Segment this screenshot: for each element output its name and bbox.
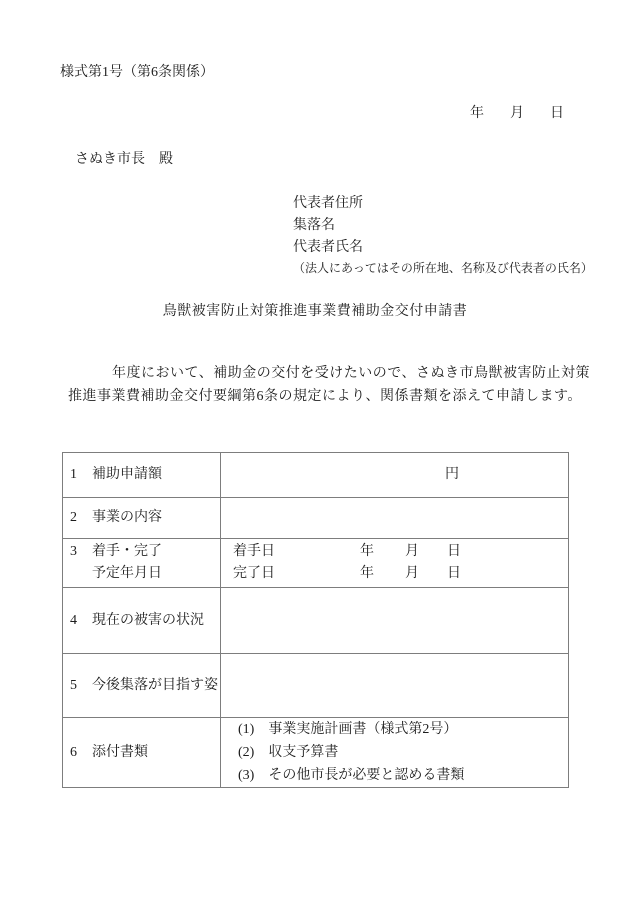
finish-date-row: 完了日年月日 — [233, 563, 568, 585]
addressee-mayor: さぬき市長 殿 — [75, 153, 173, 167]
yen-unit-label: 円 — [445, 467, 459, 482]
day-label: 日 — [447, 566, 461, 581]
representative-block: 代表者住所 集落名 代表者氏名 （法人にあってはその所在地、名称及び代表者の氏名… — [293, 197, 593, 274]
project-content-label-cell: 2事業の内容 — [63, 498, 221, 539]
row-number: 2 — [70, 511, 92, 525]
row-number: 4 — [70, 614, 92, 628]
schedule-label-line-2: 予定年月日 — [70, 563, 220, 585]
day-label: 日 — [550, 107, 564, 121]
future-vision-label: 今後集落が目指す姿 — [92, 678, 218, 693]
corporate-note: （法人にあってはその所在地、名称及び代表者の氏名） — [293, 262, 593, 274]
current-damage-label-cell: 4現在の被害の状況 — [63, 588, 221, 654]
row-number: 5 — [70, 679, 92, 693]
table-row-schedule: 3着手・完了 予定年月日 着手日年月日 完了日年月日 — [63, 539, 569, 588]
subsidy-amount-label: 補助申請額 — [92, 467, 162, 482]
month-label: 月 — [510, 107, 524, 121]
attachments-value-cell: (1) 事業実施計画書（様式第2号） (2) 収支予算書 (3) その他市長が必… — [221, 718, 569, 788]
attachment-item-1: (1) 事業実施計画書（様式第2号） — [238, 718, 568, 741]
future-vision-label-cell: 5今後集落が目指す姿 — [63, 654, 221, 718]
table-row-current-damage: 4現在の被害の状況 — [63, 588, 569, 654]
date-line: 年 月 日 — [470, 107, 564, 121]
year-label: 年 — [360, 544, 374, 559]
subsidy-amount-value-cell: 円 — [221, 453, 569, 498]
table-row-project-content: 2事業の内容 — [63, 498, 569, 539]
finish-date-label: 完了日 — [233, 563, 275, 585]
year-label: 年 — [470, 107, 484, 121]
row-number: 1 — [70, 468, 92, 482]
body-paragraph-line-1: 年度において、補助金の交付を受けたいので、さぬき市鳥獣被害防止対策 — [112, 367, 590, 381]
attachment-item-2: (2) 収支予算書 — [238, 741, 568, 764]
schedule-label-cell: 3着手・完了 予定年月日 — [63, 539, 221, 588]
body-paragraph-line-2: 推進事業費補助金交付要綱第6条の規定により、関係書類を添えて申請します。 — [68, 390, 582, 404]
schedule-label-line-1: 着手・完了 — [92, 544, 162, 559]
application-table: 1補助申請額 円 2事業の内容 3着手・完了 予定年月日 着手日年月日 — [62, 452, 569, 788]
row-number: 6 — [70, 746, 92, 760]
month-label: 月 — [405, 566, 419, 581]
current-damage-value-cell — [221, 588, 569, 654]
form-number-label: 様式第1号（第6条関係） — [60, 66, 214, 80]
year-label: 年 — [360, 566, 374, 581]
table-row-attachments: 6添付書類 (1) 事業実施計画書（様式第2号） (2) 収支予算書 (3) そ… — [63, 718, 569, 788]
table-row-future-vision: 5今後集落が目指す姿 — [63, 654, 569, 718]
month-label: 月 — [405, 544, 419, 559]
subsidy-amount-label-cell: 1補助申請額 — [63, 453, 221, 498]
project-content-value-cell — [221, 498, 569, 539]
representative-address-label: 代表者住所 — [293, 197, 593, 219]
attachment-item-3: (3) その他市長が必要と認める書類 — [238, 764, 568, 787]
application-form-page: 様式第1号（第6条関係） 年 月 日 さぬき市長 殿 代表者住所 集落名 代表者… — [0, 0, 630, 903]
table-row-subsidy-amount: 1補助申請額 円 — [63, 453, 569, 498]
attachments-label-cell: 6添付書類 — [63, 718, 221, 788]
row-number: 3 — [70, 541, 92, 563]
future-vision-value-cell — [221, 654, 569, 718]
day-label: 日 — [447, 544, 461, 559]
attachments-label: 添付書類 — [92, 745, 148, 760]
start-date-row: 着手日年月日 — [233, 541, 568, 563]
settlement-name-label: 集落名 — [293, 219, 593, 241]
start-date-label: 着手日 — [233, 541, 275, 563]
project-content-label: 事業の内容 — [92, 510, 162, 525]
representative-name-label: 代表者氏名 — [293, 241, 593, 263]
document-title: 鳥獣被害防止対策推進事業費補助金交付申請書 — [0, 305, 630, 319]
current-damage-label: 現在の被害の状況 — [92, 613, 204, 628]
schedule-value-cell: 着手日年月日 完了日年月日 — [221, 539, 569, 588]
